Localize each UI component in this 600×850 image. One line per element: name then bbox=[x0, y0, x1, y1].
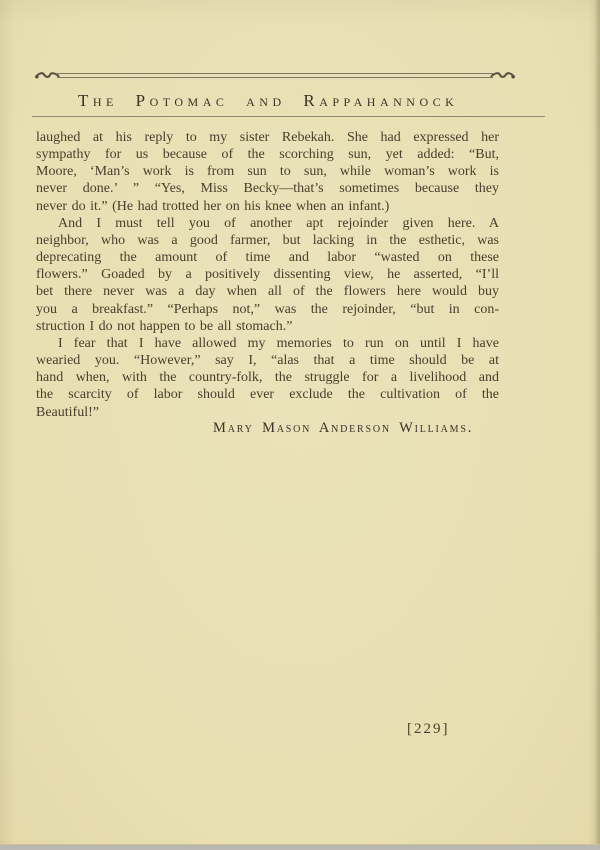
text-line: hand when, with the country-folk, the st… bbox=[36, 369, 499, 386]
text-line: never do it.” (He had trotted her on his… bbox=[36, 198, 499, 215]
text-line: you a breakfast.” “Perhaps not,” was the… bbox=[36, 301, 499, 318]
text-line: Moore, ‘Man’s work is from sun to sun, w… bbox=[36, 163, 499, 180]
scroll-flourish-right-icon bbox=[490, 70, 515, 81]
scroll-flourish-left-icon bbox=[35, 70, 60, 81]
page-right-edge-shadow bbox=[594, 0, 600, 850]
page-title: The Potomac and Rappahannock bbox=[78, 91, 458, 111]
title-underline-rule bbox=[32, 116, 545, 117]
book-page: The Potomac and Rappahannock laughed at … bbox=[0, 0, 600, 850]
header-ornament-rule bbox=[35, 70, 515, 81]
page-bottom-edge bbox=[0, 844, 600, 850]
text-line: And I must tell you of another apt rejoi… bbox=[36, 215, 499, 232]
text-line: flowers.” Goaded by a positively dissent… bbox=[36, 266, 499, 283]
text-line: never done.’ ” “Yes, Miss Becky—that’s s… bbox=[36, 180, 499, 197]
text-line: deprecating the amount of time and labor… bbox=[36, 249, 499, 266]
text-line: bet there never was a day when all of th… bbox=[36, 283, 499, 300]
author-signature: Mary Mason Anderson Williams. bbox=[213, 420, 473, 437]
text-line: laughed at his reply to my sister Rebeka… bbox=[36, 129, 499, 146]
double-rule-line bbox=[57, 73, 493, 78]
text-line: neighbor, who was a good farmer, but lac… bbox=[36, 232, 499, 249]
text-line: sympathy for us because of the scorching… bbox=[36, 146, 499, 163]
text-line: Beautiful!” bbox=[36, 404, 499, 421]
text-line: struction I do not happen to be all stom… bbox=[36, 318, 499, 335]
text-line: wearied you. “However,” say I, “alas tha… bbox=[36, 352, 499, 369]
text-line: the scarcity of labor should ever exclud… bbox=[36, 386, 499, 403]
text-line: I fear that I have allowed my memories t… bbox=[36, 335, 499, 352]
page-number: [229] bbox=[407, 721, 450, 738]
body-text: laughed at his reply to my sister Rebeka… bbox=[36, 129, 499, 421]
